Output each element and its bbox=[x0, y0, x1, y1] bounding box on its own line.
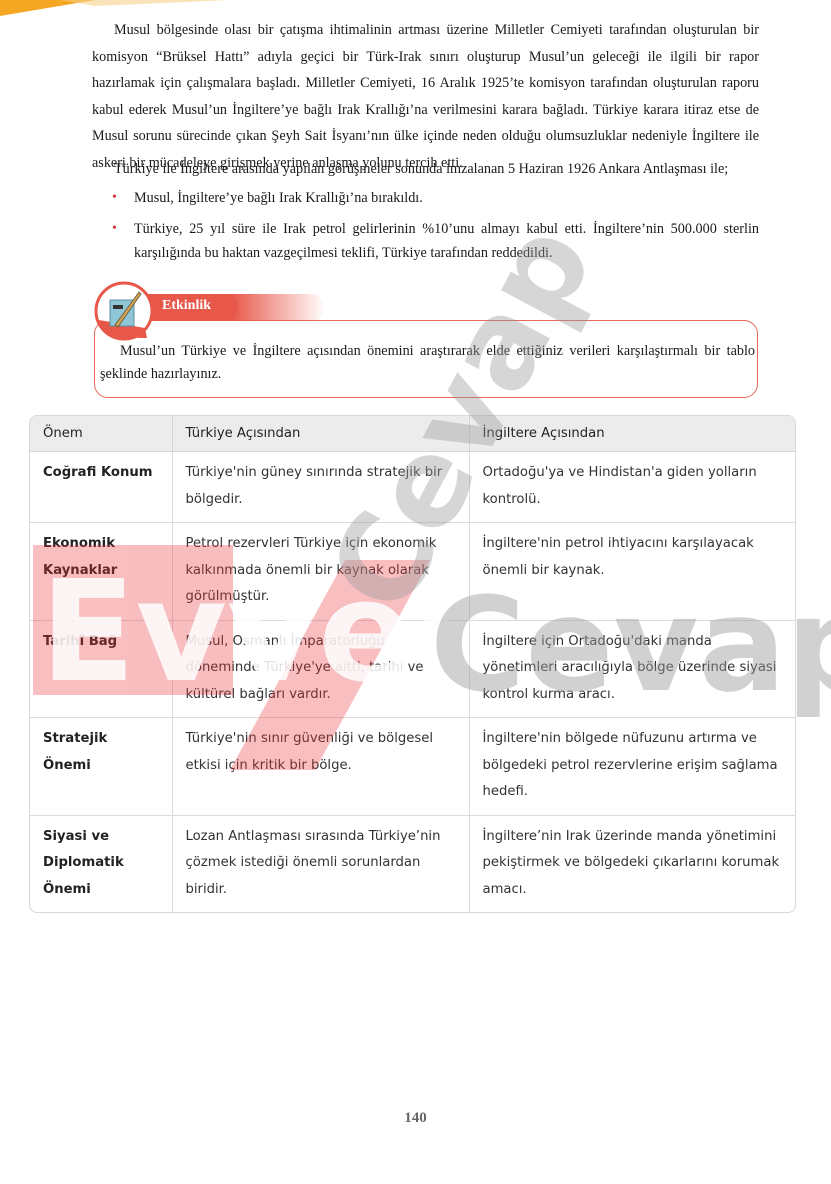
england-cell: İngiltere’nin Irak üzerinde manda yöneti… bbox=[469, 815, 795, 912]
paragraph-text: Musul bölgesinde olası bir çatışma ihtim… bbox=[92, 22, 759, 171]
paragraph-text: Türkiye ile İngiltere arasında yapılan g… bbox=[114, 161, 728, 177]
row-label: Coğrafi Konum bbox=[30, 452, 172, 523]
list-item: •Türkiye, 25 yıl süre ile Irak petrol ge… bbox=[112, 217, 759, 265]
turkey-cell: Lozan Antlaşması sırasında Türkiye’nin ç… bbox=[172, 815, 469, 912]
table-row: Siyasi ve Diplomatik Önemi Lozan Antlaşm… bbox=[30, 815, 795, 912]
activity-instructions: Musul’un Türkiye ve İngiltere açısından … bbox=[100, 340, 755, 386]
body-paragraph-2: Türkiye ile İngiltere arasında yapılan g… bbox=[92, 156, 759, 183]
england-cell: Ortadoğu'ya ve Hindistan'a giden yolları… bbox=[469, 452, 795, 523]
england-cell: İngiltere için Ortadoğu'daki manda yönet… bbox=[469, 620, 795, 718]
list-item: •Musul, İngiltere’ye bağlı Irak Krallığı… bbox=[112, 186, 759, 210]
pen-and-paper-icon bbox=[93, 280, 155, 342]
activity-text: Musul’un Türkiye ve İngiltere açısından … bbox=[100, 343, 755, 382]
activity-label: Etkinlik bbox=[162, 298, 211, 314]
column-header-importance: Önem bbox=[30, 416, 172, 452]
turkey-cell: Türkiye'nin sınır güvenliği ve bölgesel … bbox=[172, 718, 469, 816]
body-paragraph-1: Musul bölgesinde olası bir çatışma ihtim… bbox=[92, 17, 759, 177]
turkey-cell: Petrol rezervleri Türkiye için ekonomik … bbox=[172, 523, 469, 621]
turkey-cell: Musul, Osmanlı İmparatorluğu döneminde T… bbox=[172, 620, 469, 718]
comparison-table: Önem Türkiye Açısından İngiltere Açısınd… bbox=[29, 415, 796, 913]
list-item-text: Musul, İngiltere’ye bağlı Irak Krallığı’… bbox=[134, 190, 423, 206]
row-label: Ekonomik Kaynaklar bbox=[30, 523, 172, 621]
table-row: Ekonomik Kaynaklar Petrol rezervleri Tür… bbox=[30, 523, 795, 621]
bullet-icon: • bbox=[112, 186, 117, 210]
table-row: Stratejik Önemi Türkiye'nin sınır güvenl… bbox=[30, 718, 795, 816]
england-cell: İngiltere'nin petrol ihtiyacını karşılay… bbox=[469, 523, 795, 621]
list-item-text: Türkiye, 25 yıl süre ile Irak petrol gel… bbox=[134, 221, 759, 261]
table-row: Tarihî Bağ Musul, Osmanlı İmparatorluğu … bbox=[30, 620, 795, 718]
row-label: Siyasi ve Diplomatik Önemi bbox=[30, 815, 172, 912]
turkey-cell: Türkiye'nin güney sınırında stratejik bi… bbox=[172, 452, 469, 523]
treaty-outcomes-list: •Musul, İngiltere’ye bağlı Irak Krallığı… bbox=[112, 186, 759, 272]
row-label: Tarihî Bağ bbox=[30, 620, 172, 718]
table-header-row: Önem Türkiye Açısından İngiltere Açısınd… bbox=[30, 416, 795, 452]
bullet-icon: • bbox=[112, 217, 117, 241]
table-row: Coğrafi Konum Türkiye'nin güney sınırınd… bbox=[30, 452, 795, 523]
column-header-england: İngiltere Açısından bbox=[469, 416, 795, 452]
england-cell: İngiltere'nin bölgede nüfuzunu artırma v… bbox=[469, 718, 795, 816]
row-label: Stratejik Önemi bbox=[30, 718, 172, 816]
page-number: 140 bbox=[0, 1110, 831, 1127]
column-header-turkey: Türkiye Açısından bbox=[172, 416, 469, 452]
